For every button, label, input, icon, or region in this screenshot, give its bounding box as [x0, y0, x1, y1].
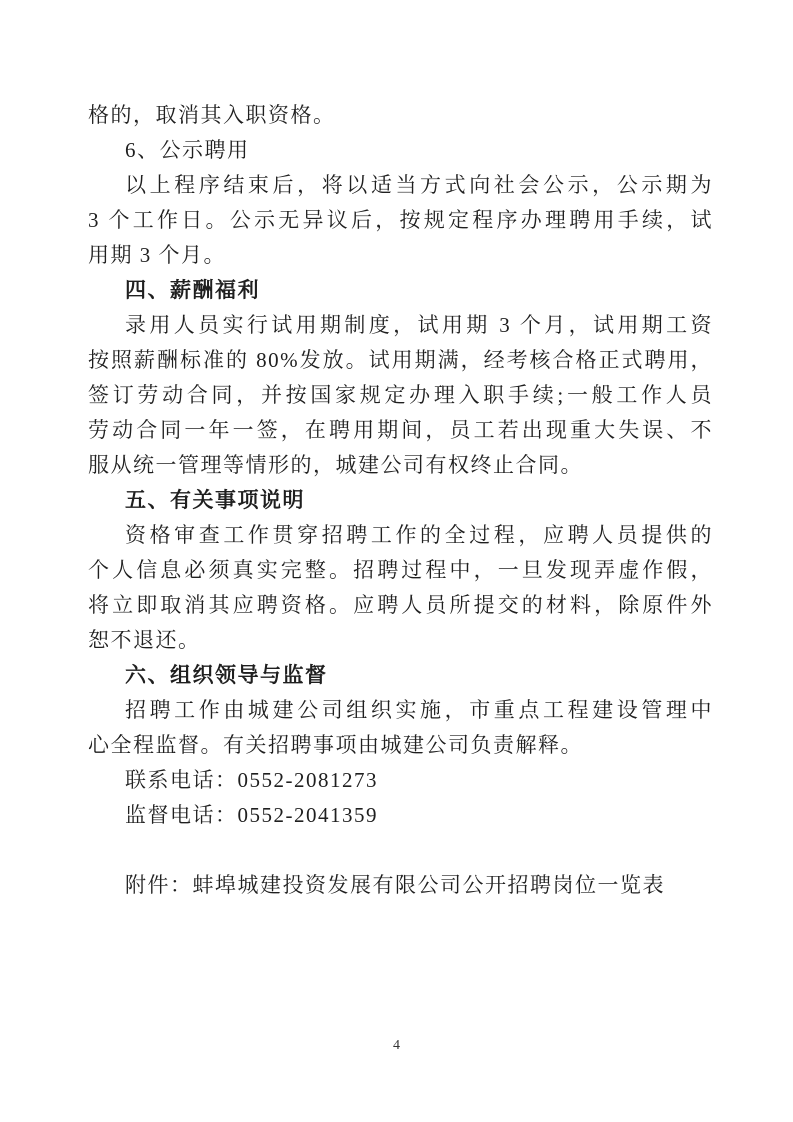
page-number: 4: [0, 1036, 793, 1056]
text-line: 用期 3 个月。: [88, 238, 713, 273]
text-line: 签订劳动合同，并按国家规定办理入职手续;一般工作人员: [88, 378, 713, 413]
text-line: 以上程序结束后，将以适当方式向社会公示，公示期为: [88, 168, 713, 203]
document-page: 格的，取消其入职资格。 6、公示聘用 以上程序结束后，将以适当方式向社会公示，公…: [0, 0, 793, 1122]
list-item-public-announcement: 6、公示聘用: [88, 133, 713, 168]
supervision-phone-line: 监督电话：0552-2041359: [88, 798, 713, 833]
attachment-line: 附件：蚌埠城建投资发展有限公司公开招聘岗位一览表: [88, 868, 713, 903]
text-line: 3 个工作日。公示无异议后，按规定程序办理聘用手续，试: [88, 203, 713, 238]
text-line: 心全程监督。有关招聘事项由城建公司负责解释。: [88, 728, 713, 763]
text-line-continuation: 格的，取消其入职资格。: [88, 98, 713, 133]
contact-phone-line: 联系电话：0552-2081273: [88, 763, 713, 798]
heading-section-4-salary-benefits: 四、薪酬福利: [88, 273, 713, 308]
heading-section-5-notes: 五、有关事项说明: [88, 483, 713, 518]
text-line: 按照薪酬标准的 80%发放。试用期满，经考核合格正式聘用，: [88, 343, 713, 378]
heading-section-6-organization: 六、组织领导与监督: [88, 658, 713, 693]
text-line: 录用人员实行试用期制度，试用期 3 个月，试用期工资: [88, 308, 713, 343]
text-line: 资格审查工作贯穿招聘工作的全过程，应聘人员提供的: [88, 518, 713, 553]
text-line: 服从统一管理等情形的，城建公司有权终止合同。: [88, 448, 713, 483]
text-line: 将立即取消其应聘资格。应聘人员所提交的材料，除原件外: [88, 588, 713, 623]
text-line: 恕不退还。: [88, 623, 713, 658]
document-body: 格的，取消其入职资格。 6、公示聘用 以上程序结束后，将以适当方式向社会公示，公…: [88, 98, 713, 903]
blank-line: [88, 833, 713, 868]
text-line: 个人信息必须真实完整。招聘过程中，一旦发现弄虚作假，: [88, 553, 713, 588]
text-line: 劳动合同一年一签，在聘用期间，员工若出现重大失误、不: [88, 413, 713, 448]
text-line: 招聘工作由城建公司组织实施，市重点工程建设管理中: [88, 693, 713, 728]
